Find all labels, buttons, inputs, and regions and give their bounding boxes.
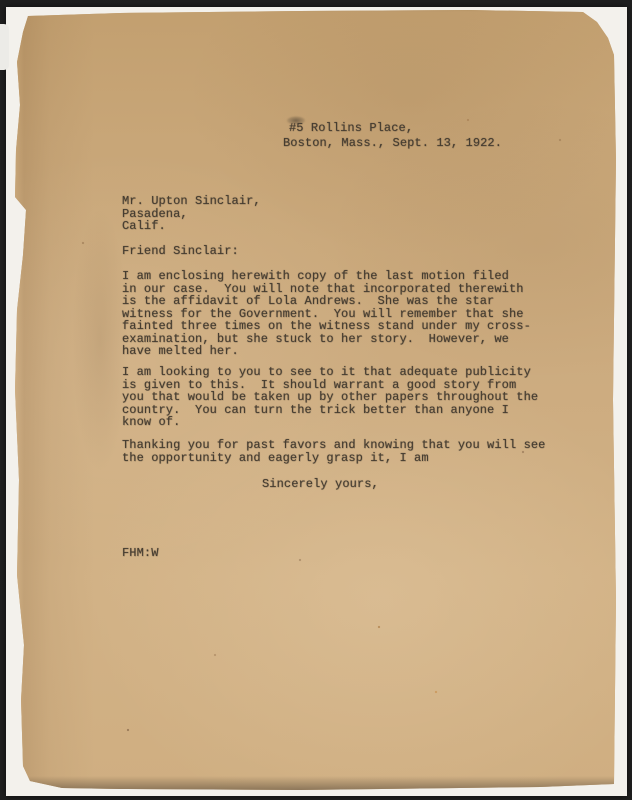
text-line: is the affidavit of Lola Andrews. She wa… xyxy=(122,295,531,308)
body-paragraph-3: Thanking you for past favors and knowing… xyxy=(122,439,545,464)
closing-text: Sincerely yours, xyxy=(262,478,379,491)
dateline-address: #5 Rollins Place, xyxy=(289,121,502,136)
text-line: the opportunity and eagerly grasp it, I … xyxy=(122,452,545,465)
scan-background: #5 Rollins Place, Boston, Mass., Sept. 1… xyxy=(0,0,632,800)
letter-paper: #5 Rollins Place, Boston, Mass., Sept. 1… xyxy=(0,0,632,800)
recipient-address: Mr. Upton Sinclair,Pasadena,Calif. xyxy=(122,195,261,233)
body-paragraph-1: I am enclosing herewith copy of the last… xyxy=(122,270,531,358)
salutation: Friend Sinclair: xyxy=(122,245,239,258)
text-line: Calif. xyxy=(122,220,261,233)
body-paragraph-2: I am looking to you to see to it that ad… xyxy=(122,366,538,429)
text-line: you that would be taken up by other pape… xyxy=(122,391,538,404)
typist-initials-text: FHM:W xyxy=(122,547,159,560)
text-line: fainted three times on the witness stand… xyxy=(122,320,531,333)
text-line: have melted her. xyxy=(122,345,531,358)
text-line: country. You can turn the trick better t… xyxy=(122,404,538,417)
text-line: I am enclosing herewith copy of the last… xyxy=(122,270,531,283)
dateline-date: Boston, Mass., Sept. 13, 1922. xyxy=(283,136,502,151)
text-line: Mr. Upton Sinclair, xyxy=(122,195,261,208)
text-line: Thanking you for past favors and knowing… xyxy=(122,439,545,452)
salutation-text: Friend Sinclair: xyxy=(122,245,239,258)
text-line: I am looking to you to see to it that ad… xyxy=(122,366,538,379)
closing-salutation: Sincerely yours, xyxy=(262,478,379,491)
dateline: #5 Rollins Place, Boston, Mass., Sept. 1… xyxy=(283,121,502,151)
text-line: know of. xyxy=(122,416,538,429)
backing-tear-mark xyxy=(0,24,9,70)
typist-initials: FHM:W xyxy=(122,547,159,560)
